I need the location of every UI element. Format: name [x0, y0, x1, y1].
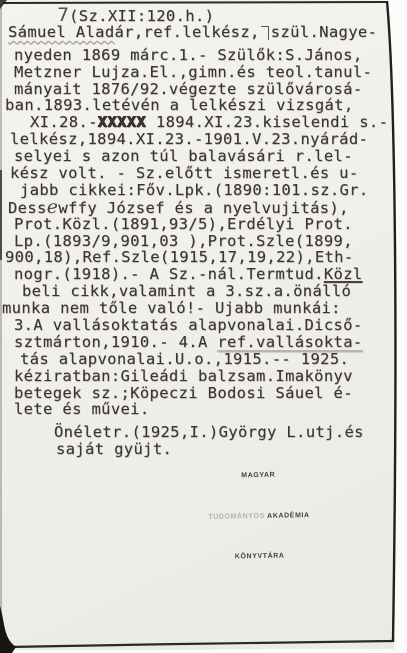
- line-text: 900,18),Ref.Szle(1915,17,19,22),Eth-: [5, 248, 354, 266]
- typewritten-line: 3.A vallásoktatás alapvonalai.Dicső-: [0, 317, 390, 334]
- card-text: 7(Sz.XII:120.h.)Sámuel Aladár,ref.lelkés…: [0, 7, 390, 458]
- typewritten-line: 7(Sz.XII:120.h.): [0, 7, 390, 24]
- typewritten-line: Dessewffy József és a nyelvujitás),: [0, 199, 390, 216]
- scan-background-bottom: [0, 649, 407, 653]
- line-text: beli cikk,valamint a 3.sz.a.önálló: [22, 282, 351, 300]
- line-text: lete és művei.: [14, 400, 150, 418]
- line-text: nogr.(1918).- A Sz.-nál.Termtud.: [14, 265, 324, 283]
- catalog-card-scan: 7(Sz.XII:120.h.)Sámuel Aladár,ref.lelkés…: [0, 0, 407, 653]
- line-text: ban.1893.letévén a lelkészi vizsgát,: [5, 96, 354, 114]
- line-text: selyei s azon túl balavásári r.lel-: [14, 147, 353, 165]
- typewritten-line: kéziratban:Gileádi balzsam.Imakönyv: [0, 368, 390, 385]
- library-stamp: MAGYAR TUDOMÁNYOS AKADÉMIA KÖNYVTÁRA: [195, 441, 324, 592]
- stamp-line-3: KÖNYVTÁRA: [197, 549, 323, 565]
- typewritten-line: lelkész,1894.XI.23.-1901.V.23.nyárád-: [0, 131, 390, 148]
- typewritten-line: munka nem tőle való!- Ujabb munkái:: [0, 300, 390, 317]
- line-text: nyeden 1869 márc.1.- Szülők:S.János,: [14, 46, 363, 64]
- line-text: ár,ref.lelkész,: [115, 23, 260, 41]
- line-text: mányait 1876/92.végezte szülővárosá-: [14, 80, 363, 98]
- typewritten-line: lete és művei.: [0, 401, 390, 418]
- typewritten-line: nyeden 1869 márc.1.- Szülők:S.János,: [0, 47, 390, 64]
- line-text: 1894.XI.23.kiselendi s.-: [146, 113, 388, 131]
- typewritten-line: beli cikk,valamint a 3.sz.a.önálló: [0, 283, 390, 300]
- typewritten-line: selyei s azon túl balavásári r.lel-: [0, 148, 390, 165]
- card-bottom-edge: [8, 641, 393, 647]
- stamp-line-2-faded: TUDOMÁNYOS: [208, 512, 267, 520]
- typewritten-line: nogr.(1918).- A Sz.-nál.Termtud.Közl: [0, 266, 390, 283]
- line-text: munka nem tőle való!- Ujabb munkái:: [2, 299, 341, 317]
- line-text: XI.28.-: [30, 113, 98, 131]
- typewritten-line: sztmárton,1910.- 4.A ref.vallásokta-: [0, 334, 390, 351]
- pencil-corner-mark: [261, 26, 269, 40]
- line-text: Lp.(1893/9,901,03 ),Prot.Szle(1899,: [14, 232, 353, 250]
- line-text: betegek sz.;Köpeczi Bodosi Sáuel é-: [14, 384, 353, 402]
- line-text: 3.A vallásoktatás alapvonalai.Dicső-: [14, 316, 363, 334]
- stamp-line-2-clear: AKADÉMIA: [267, 512, 310, 520]
- line-text: tás alapvonalai.U.o.,1915.-- 1925.: [20, 350, 349, 368]
- line-text: saját gyüjt.: [56, 440, 172, 458]
- struck-out-text: XXXXX: [98, 113, 146, 131]
- line-text: kész volt. - Sz.előtt ismeretl.és u-: [10, 164, 359, 182]
- line-text: kéziratban:Gileádi balzsam.Imakönyv: [14, 367, 353, 385]
- typewritten-line: jabb cikkei:Főv.Lpk.(1890:101.sz.Gr.: [0, 182, 390, 199]
- line-text: jabb cikkei:Főv.Lpk.(1890:101.sz.Gr.: [20, 181, 369, 199]
- line-text: Metzner Lujza.El.,gimn.és teol.tanul-: [14, 63, 372, 81]
- line-text: Közl: [324, 265, 363, 283]
- line-text: szül.Nagye-: [271, 23, 378, 41]
- line-text: Sámuel Alad: [8, 23, 115, 41]
- typewritten-line: Sámuel Aladár,ref.lelkész,szül.Nagye-: [0, 24, 390, 41]
- stamp-line-2: TUDOMÁNYOS AKADÉMIA: [196, 508, 322, 524]
- typewritten-line: mányait 1876/92.végezte szülővárosá-: [0, 81, 390, 98]
- line-text: Prot.Közl.(1891,93/5),Erdélyi Prot.: [14, 215, 353, 233]
- typewritten-line: ban.1893.letévén a lelkészi vizsgát,: [0, 97, 390, 114]
- typewritten-line: Lp.(1893/9,901,03 ),Prot.Szle(1899,: [0, 233, 390, 250]
- typewritten-line: Önéletr.(1925,I.)György L.utj.és: [0, 424, 390, 441]
- typewritten-line: tás alapvonalai.U.o.,1915.-- 1925.: [0, 351, 390, 368]
- stamp-line-1: MAGYAR: [195, 468, 321, 484]
- typewritten-line: Prot.Közl.(1891,93/5),Erdélyi Prot.: [0, 216, 390, 233]
- typewritten-line: Metzner Lujza.El.,gimn.és teol.tanul-: [0, 64, 390, 81]
- line-text: lelkész,1894.XI.23.-1901.V.23.nyárád-: [10, 130, 368, 148]
- typewritten-line: kész volt. - Sz.előtt ismeretl.és u-: [0, 165, 390, 182]
- typewritten-line: betegek sz.;Köpeczi Bodosi Sáuel é-: [0, 385, 390, 402]
- typewritten-line: XI.28.-XXXXX 1894.XI.23.kiselendi s.-: [0, 114, 390, 131]
- scan-corner-shadow: [0, 606, 16, 653]
- line-text: ref.vallásokta-: [217, 333, 362, 351]
- line-text: sztmárton,1910.- 4.A: [14, 333, 217, 351]
- card-top-edge: [3, 2, 388, 3]
- line-text: Önéletr.(1925,I.)György L.utj.és: [54, 423, 364, 441]
- typewritten-line: 900,18),Ref.Szle(1915,17,19,22),Eth-: [0, 249, 390, 266]
